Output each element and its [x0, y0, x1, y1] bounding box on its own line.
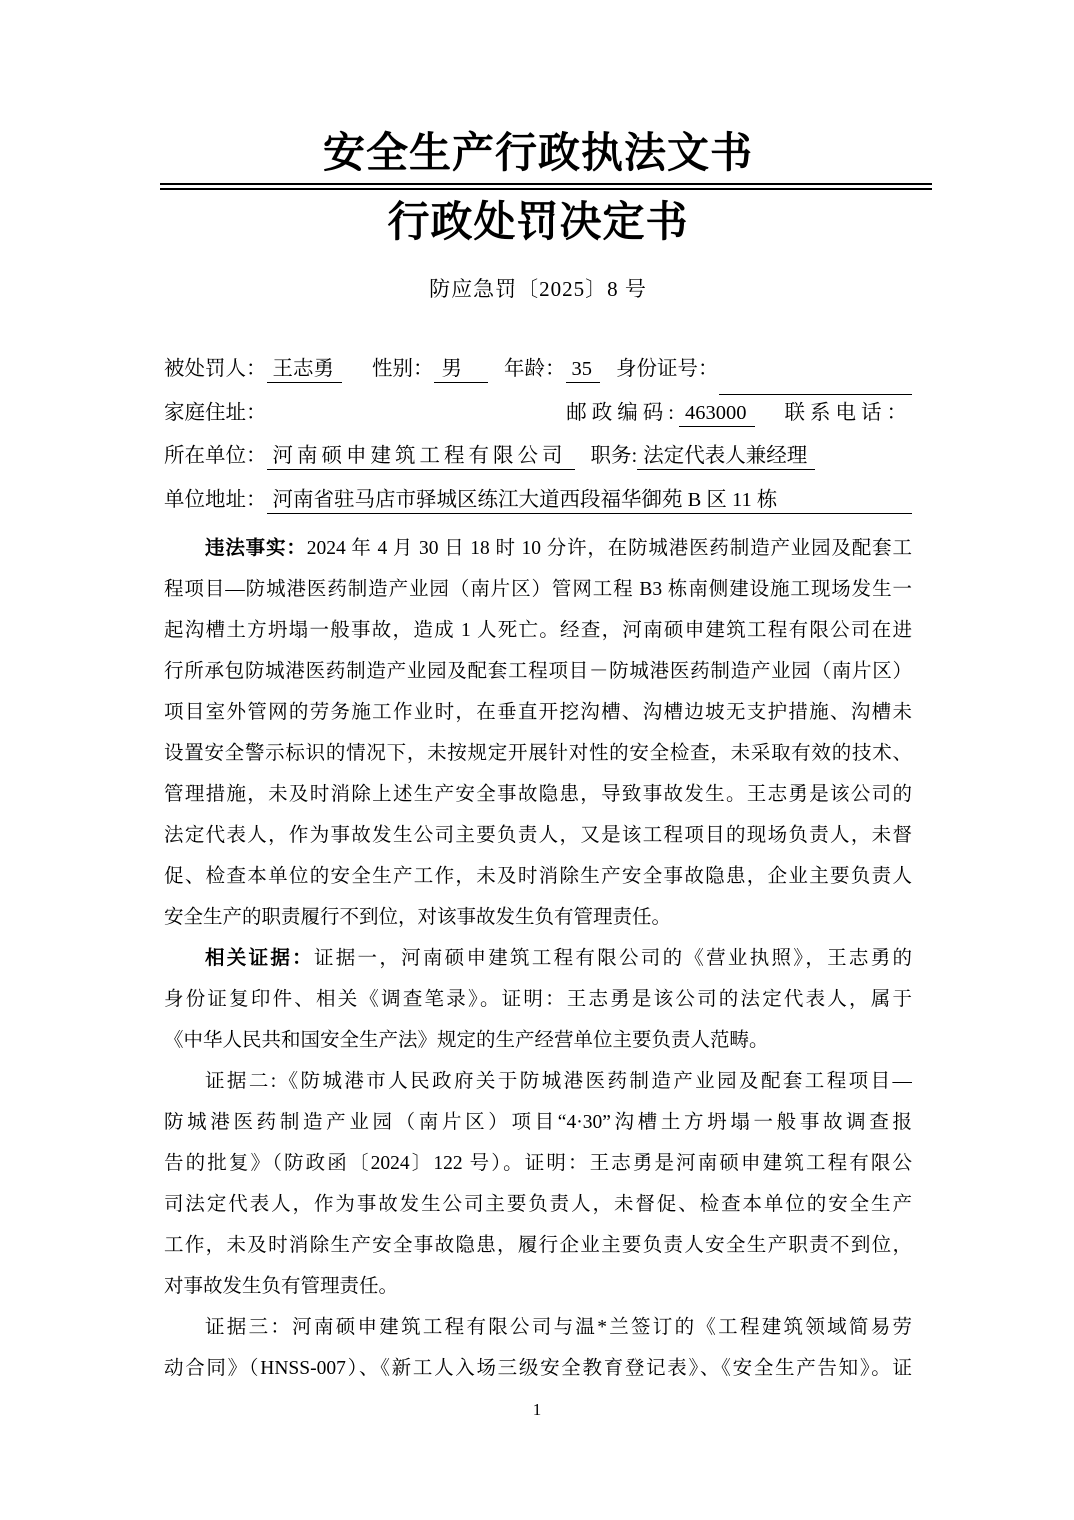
- text-line: 告的批复》（防政函〔2024〕122 号）。证明：王志勇是河南硕申建筑工程有限公: [164, 1143, 912, 1184]
- text-line: 工作，未及时消除生产安全事故隐患，履行企业主要负责人安全生产职责不到位，: [164, 1225, 912, 1266]
- form-row-unit-address: 单位地址： 河南省驻马店市驿城区练江大道西段福华御苑 B 区 11 栋: [164, 482, 912, 526]
- duty-label: 职务:: [591, 438, 638, 468]
- text-line: 动合同》（HNSS-007）、《新工人入场三级安全教育登记表》、《安全生产告知》…: [164, 1348, 912, 1389]
- text-line: 司法定代表人，作为事故发生公司主要负责人，未督促、检查本单位的安全生产: [164, 1184, 912, 1225]
- facts-heading: 违法事实：: [205, 538, 307, 559]
- employer-label: 所在单位：: [164, 438, 267, 468]
- doc-number: 防应急罚〔2025〕8 号: [164, 273, 912, 303]
- duty-value: 法定代表人兼经理: [637, 438, 815, 470]
- text-line: 安全生产的职责履行不到位，对该事故发生负有管理责任。: [164, 897, 912, 938]
- postal-code-value: 463000: [679, 402, 755, 427]
- age-label: 年龄：: [504, 351, 566, 381]
- gender-label: 性别：: [372, 351, 434, 381]
- document-page: 安全生产行政执法文书 行政处罚决定书 防应急罚〔2025〕8 号 被处罚人： 王…: [0, 0, 1074, 1520]
- employer-value: 河南硕申建筑工程有限公司: [267, 438, 575, 470]
- text-line: 证据三：河南硕申建筑工程有限公司与温*兰签订的《工程建筑领域简易劳: [164, 1307, 912, 1348]
- text-line: 促、检查本单位的安全生产工作，未及时消除生产安全事故隐患，企业主要负责人: [164, 856, 912, 897]
- penalized-value: 王志勇: [267, 351, 343, 383]
- text-line: 项目室外管网的劳务施工作业时，在垂直开挖沟槽、沟槽边坡无支护措施、沟槽未: [164, 692, 912, 733]
- text-line: 管理措施，未及时消除上述生产安全事故隐患，导致事故发生。王志勇是该公司的: [164, 774, 912, 815]
- form-row-employer: 所在单位： 河南硕申建筑工程有限公司 职务: 法定代表人兼经理: [164, 438, 912, 482]
- double-rule: [160, 183, 932, 190]
- postal-code-label: 邮政编码:: [566, 395, 679, 425]
- header-title: 安全生产行政执法文书: [164, 130, 912, 178]
- evidence1-text: 证据一，河南硕申建筑工程有限公司的《营业执照》，王志勇的: [314, 948, 912, 969]
- id-number-label: 身份证号：: [616, 351, 719, 381]
- unit-address-label: 单位地址：: [164, 482, 267, 512]
- text-line: 行所承包防城港医药制造产业园及配套工程项目－防城港医药制造产业园（南片区）: [164, 651, 912, 692]
- text-line: 身份证复印件、相关《调查笔录》。证明：王志勇是该公司的法定代表人，属于: [164, 979, 912, 1020]
- penalized-person-form: 被处罚人： 王志勇 性别： 男 年龄： 35 身份证号： 家庭住址： 邮政编码:…: [164, 351, 912, 525]
- evidence-heading: 相关证据：: [205, 948, 314, 969]
- age-value: 35: [566, 358, 601, 383]
- doc-title: 行政处罚决定书: [164, 199, 912, 247]
- id-number-blank-underline: [719, 366, 913, 395]
- text-line: 防城港医药制造产业园（南片区）项目“4·30”沟槽土方坍塌一般事故调查报: [164, 1102, 912, 1143]
- text-line: 《中华人民共和国安全生产法》规定的生产经营单位主要负责人范畴。: [164, 1020, 912, 1061]
- text-line: 法定代表人，作为事故发生公司主要负责人，又是该工程项目的现场负责人，未督: [164, 815, 912, 856]
- phone-label: 联系电话：: [785, 395, 913, 425]
- text-line: 违法事实：2024 年 4 月 30 日 18 时 10 分许，在防城港医药制造…: [164, 528, 912, 569]
- text-line: 程项目—防城港医药制造产业园（南片区）管网工程 B3 栋南侧建设施工现场发生一: [164, 569, 912, 610]
- form-row-home: 家庭住址： 邮政编码: 463000 联系电话：: [164, 395, 912, 439]
- document-content: 安全生产行政执法文书 行政处罚决定书 防应急罚〔2025〕8 号 被处罚人： 王…: [164, 130, 912, 1389]
- unit-address-value: 河南省驻马店市驿城区练江大道西段福华御苑 B 区 11 栋: [267, 482, 913, 514]
- form-row-person: 被处罚人： 王志勇 性别： 男 年龄： 35 身份证号：: [164, 351, 912, 395]
- text-line: 起沟槽土方坍塌一般事故，造成 1 人死亡。经查，河南硕申建筑工程有限公司在进: [164, 610, 912, 651]
- gender-value: 男: [434, 351, 489, 383]
- text-line: 设置安全警示标识的情况下，未按规定开展针对性的安全检查，未采取有效的技术、: [164, 733, 912, 774]
- page-number: 1: [0, 1400, 1074, 1420]
- document-body: 违法事实：2024 年 4 月 30 日 18 时 10 分许，在防城港医药制造…: [164, 528, 912, 1389]
- text-line: 证据二:《防城港市人民政府关于防城港医药制造产业园及配套工程项目—: [164, 1061, 912, 1102]
- home-address-label: 家庭住址：: [164, 395, 267, 425]
- penalized-label: 被处罚人：: [164, 351, 267, 381]
- text-line: 相关证据：证据一，河南硕申建筑工程有限公司的《营业执照》，王志勇的: [164, 938, 912, 979]
- text-line: 对事故发生负有管理责任。: [164, 1266, 912, 1307]
- facts-text: 2024 年 4 月 30 日 18 时 10 分许，在防城港医药制造产业园及配…: [307, 538, 912, 559]
